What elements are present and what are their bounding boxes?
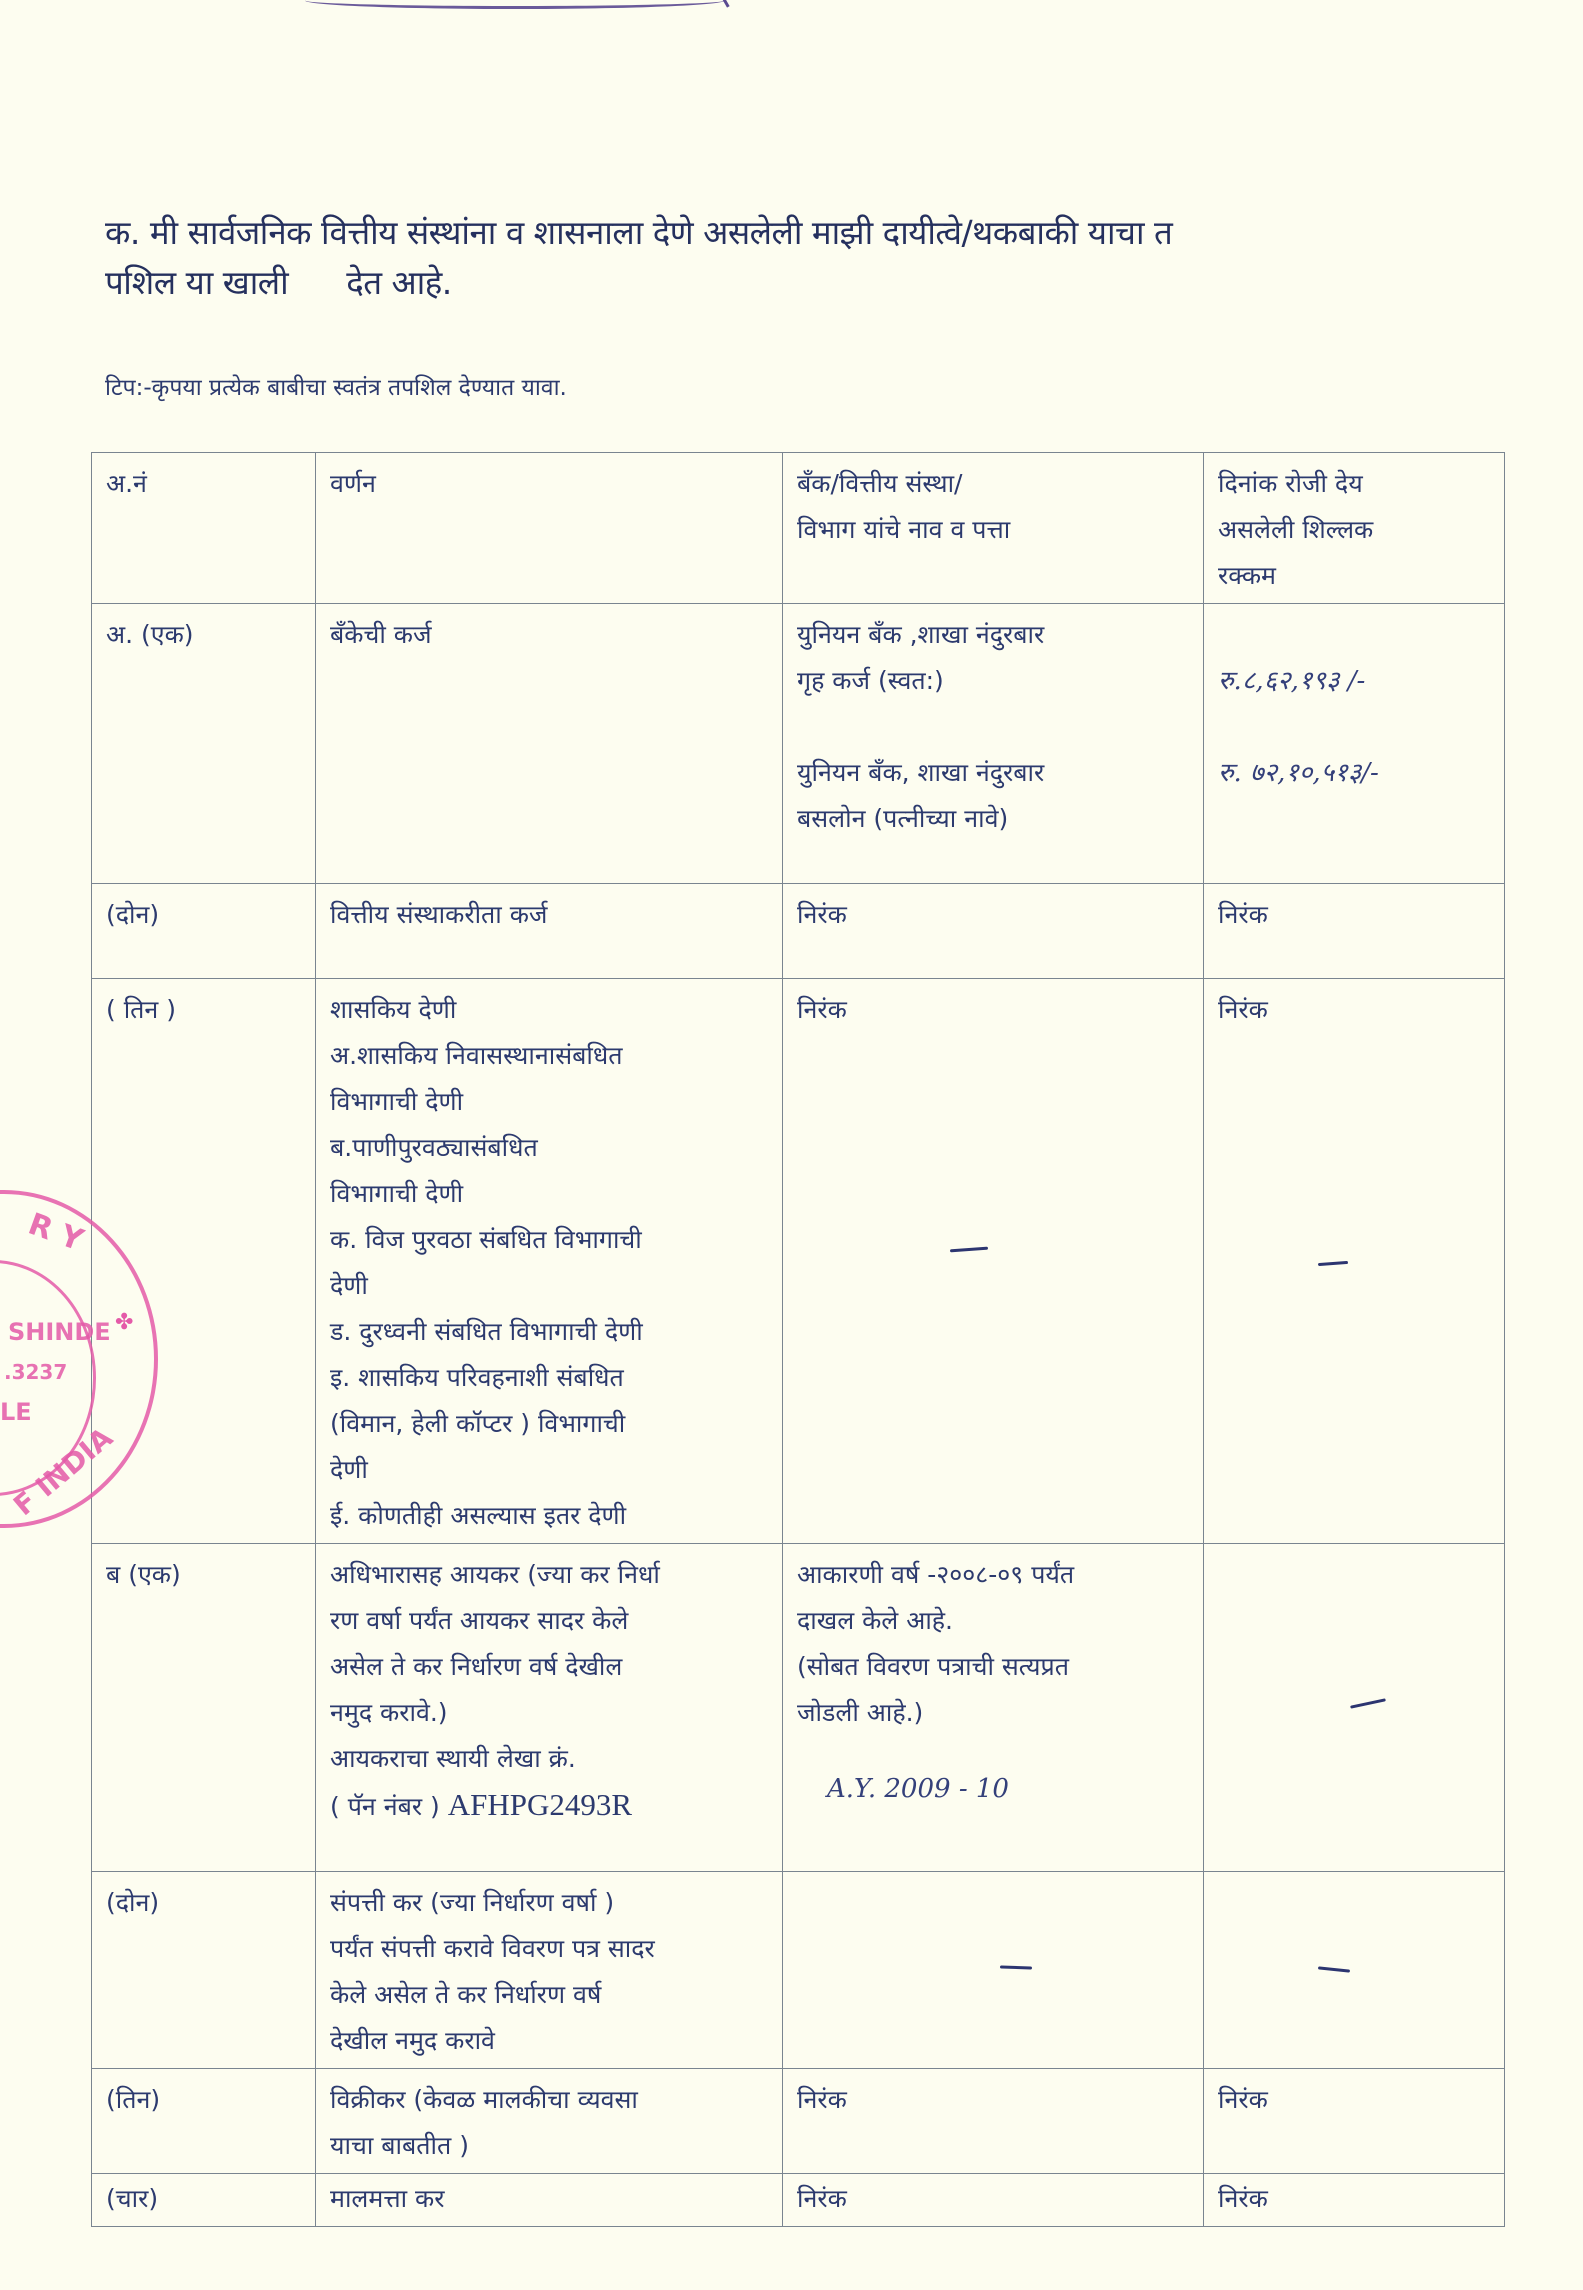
stamp-flower-icon: ✤ xyxy=(115,1310,133,1335)
row-bank: आकारणी वर्ष -२००८-०९ पर्यंत दाखल केले आह… xyxy=(783,1544,1204,1872)
row-amount: रु.८,६२,१९३ /- रु. ७२,१०,५१३/- xyxy=(1204,604,1505,884)
description-line: (विमान, हेली कॉप्टर ) विभागाची xyxy=(330,1401,768,1447)
description-line: क. विज पुरवठा संबधित विभागाची xyxy=(330,1217,768,1263)
header-bank-name-address: बॅंक/वित्तीय संस्था/विभाग यांचे नाव व पत… xyxy=(783,453,1204,604)
row-serial: अ. (एक) xyxy=(92,604,316,884)
tip-note: टिप:-कृपया प्रत्येक बाबीचा स्वतंत्र तपशि… xyxy=(105,370,567,402)
row-amount xyxy=(1204,1872,1505,2069)
amount-home-loan: रु.८,६२,१९३ /- xyxy=(1218,658,1490,704)
table-row: (चार) मालमत्ता कर निरंक निरंक xyxy=(92,2174,1505,2227)
row-bank: युनियन बॅंक ,शाखा नंदुरबार गृह कर्ज (स्व… xyxy=(783,604,1204,884)
stamp-text-place: LE xyxy=(0,1398,32,1426)
table-row: ब (एक) अधिभारासह आयकर (ज्या कर निर्धा रण… xyxy=(92,1544,1505,1872)
liabilities-table: अ.नं वर्णन बॅंक/वित्तीय संस्था/विभाग यां… xyxy=(91,452,1505,2227)
description-line: ब.पाणीपुरवठ्यासंबधित xyxy=(330,1125,768,1171)
pan-number: ( पॅन नंबर ) AFHPG2493R xyxy=(330,1782,768,1830)
top-pen-tick xyxy=(713,0,729,13)
table-row: (दोन) वित्तीय संस्थाकरीता कर्ज निरंक निर… xyxy=(92,884,1505,979)
description-line: विभागाची देणी xyxy=(330,1079,768,1125)
top-pen-stroke xyxy=(305,0,725,9)
description-line: इ. शासकिय परिवहनाशी संबधित xyxy=(330,1355,768,1401)
row-bank: निरंक xyxy=(783,2174,1204,2227)
description-line: देणी xyxy=(330,1447,768,1493)
row-amount: निरंक xyxy=(1204,884,1505,979)
row-amount: निरंक xyxy=(1204,2069,1505,2174)
row-serial: (चार) xyxy=(92,2174,316,2227)
description-line: देणी xyxy=(330,1263,768,1309)
table-row: (दोन) संपत्ती कर (ज्या निर्धारण वर्षा ) … xyxy=(92,1872,1505,2069)
section-heading: क. मी सार्वजनिक वित्तीय संस्थांना व शासन… xyxy=(105,208,1525,308)
row-serial: (तिन) xyxy=(92,2069,316,2174)
row-bank: निरंक xyxy=(783,2069,1204,2174)
description-line: विभागाची देणी xyxy=(330,1171,768,1217)
row-serial: (दोन) xyxy=(92,884,316,979)
table-row: अ. (एक) बॅंकेची कर्ज युनियन बॅंक ,शाखा न… xyxy=(92,604,1505,884)
stamp-text-name: SHINDE xyxy=(8,1318,111,1346)
row-description: संपत्ती कर (ज्या निर्धारण वर्षा ) पर्यंत… xyxy=(316,1872,783,2069)
row-description: वित्तीय संस्थाकरीता कर्ज xyxy=(316,884,783,979)
handwritten-assessment-year: A.Y. 2009 - 10 xyxy=(797,1766,1189,1812)
description-line: ड. दुरध्वनी संबधित विभागाची देणी xyxy=(330,1309,768,1355)
description-line: ई. कोणतीही असल्यास इतर देणी xyxy=(330,1493,768,1539)
heading-line-1: क. मी सार्वजनिक वित्तीय संस्थांना व शासन… xyxy=(105,208,1525,258)
stamp-text-number: .3237 xyxy=(4,1360,67,1384)
amount-bus-loan: रु. ७२,१०,५१३/- xyxy=(1218,750,1490,796)
row-serial: ब (एक) xyxy=(92,1544,316,1872)
row-description: अधिभारासह आयकर (ज्या कर निर्धा रण वर्षा … xyxy=(316,1544,783,1872)
row-description: शासकिय देणीअ.शासकिय निवासस्थानासंबधितविभ… xyxy=(316,979,783,1544)
heading-line-2: पशिल या खालीदेत आहे. xyxy=(105,258,1525,308)
row-bank xyxy=(783,1872,1204,2069)
row-bank: निरंक xyxy=(783,884,1204,979)
table-header-row: अ.नं वर्णन बॅंक/वित्तीय संस्था/विभाग यां… xyxy=(92,453,1505,604)
table-row: ( तिन ) शासकिय देणीअ.शासकिय निवासस्थानास… xyxy=(92,979,1505,1544)
row-description: विक्रीकर (केवळ मालकीचा व्यवसा याचा बाबती… xyxy=(316,2069,783,2174)
header-description: वर्णन xyxy=(316,453,783,604)
row-description: मालमत्ता कर xyxy=(316,2174,783,2227)
header-serial-no: अ.नं xyxy=(92,453,316,604)
row-serial: (दोन) xyxy=(92,1872,316,2069)
row-amount: निरंक xyxy=(1204,2174,1505,2227)
row-description: बॅंकेची कर्ज xyxy=(316,604,783,884)
table-row: (तिन) विक्रीकर (केवळ मालकीचा व्यवसा याचा… xyxy=(92,2069,1505,2174)
row-amount: निरंक xyxy=(1204,979,1505,1544)
row-bank: निरंक xyxy=(783,979,1204,1544)
description-line: शासकिय देणी xyxy=(330,987,768,1033)
header-balance-amount: दिनांक रोजी देयअसलेली शिल्लकरक्कम xyxy=(1204,453,1505,604)
description-line: अ.शासकिय निवासस्थानासंबधित xyxy=(330,1033,768,1079)
